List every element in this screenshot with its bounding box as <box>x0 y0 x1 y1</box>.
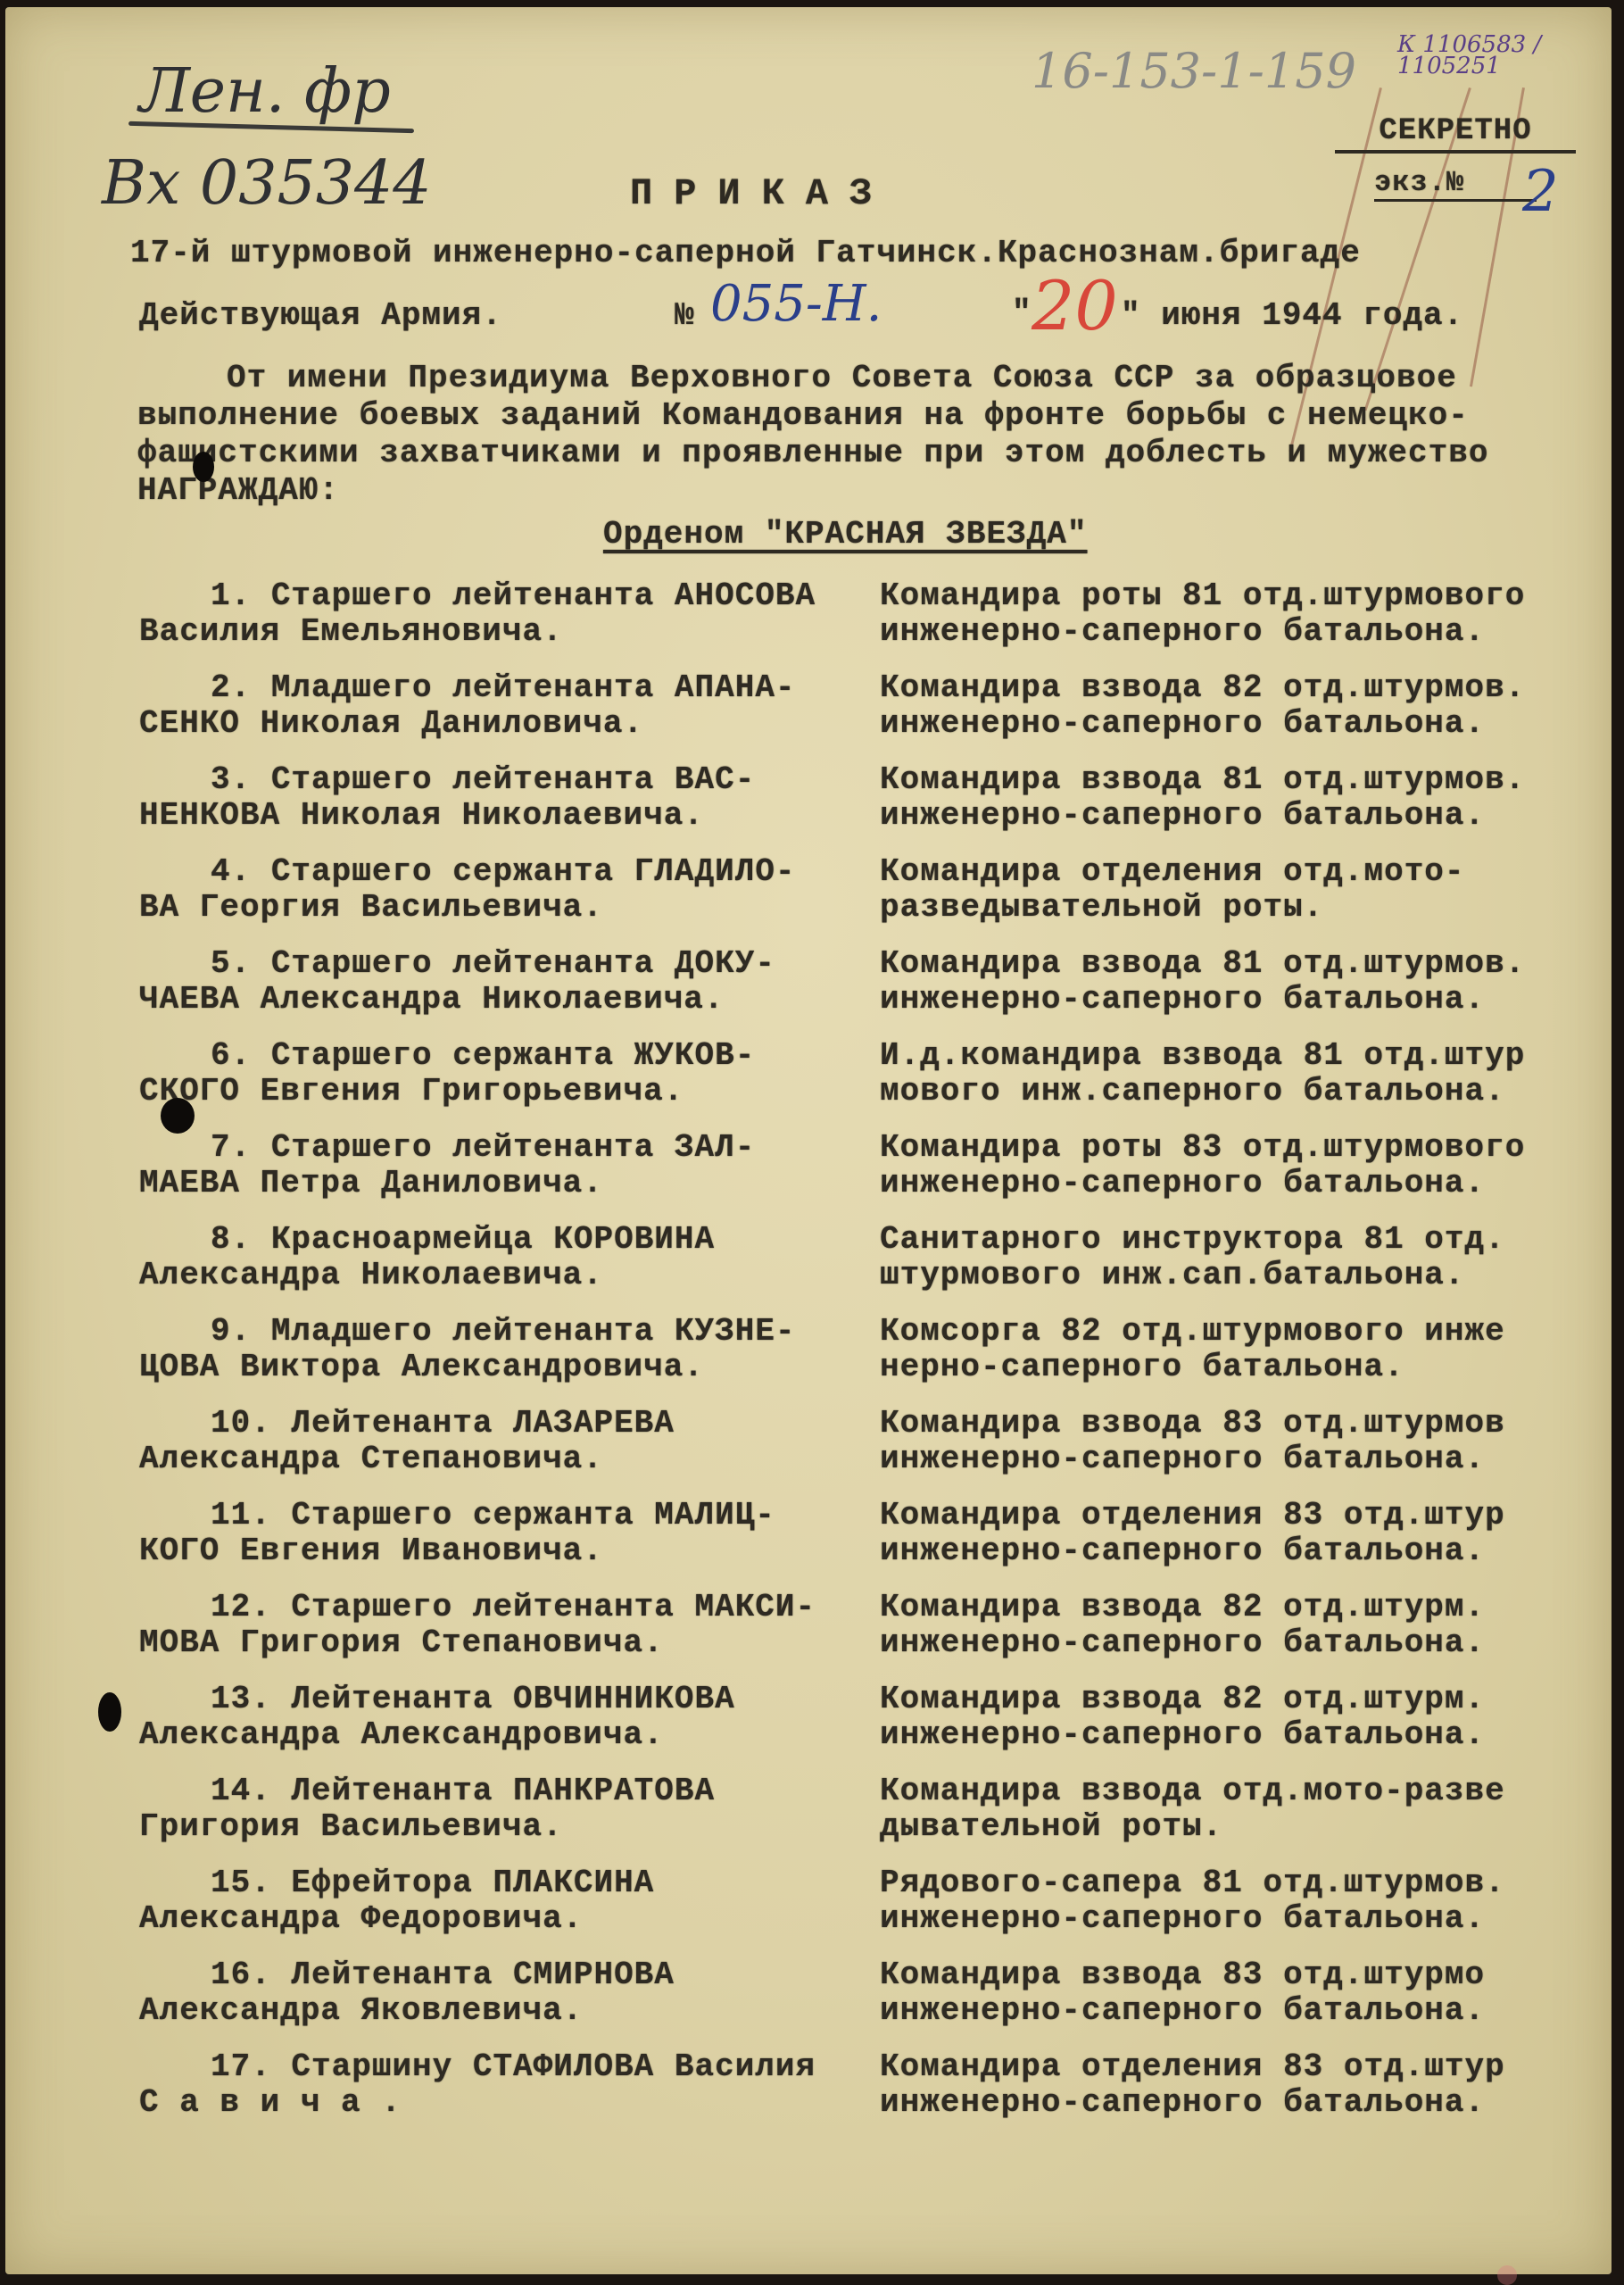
awardee-row: 4. Старшего сержанта ГЛАДИЛО-ВА Георгия … <box>139 854 1603 946</box>
awardee-row: 6. Старшего сержанта ЖУКОВ-СКОГО Евгения… <box>139 1038 1603 1130</box>
awardee-row: 5. Старшего лейтенанта ДОКУ-ЧАЕВА Алекса… <box>139 946 1603 1038</box>
awardee-row: 12. Старшего лейтенанта МАКСИ-МОВА Григо… <box>139 1590 1603 1682</box>
awardee-list: 1. Старшего лейтенанта АНОСОВАВасилия Ем… <box>139 578 1603 2141</box>
punch-hole <box>193 452 214 482</box>
archive-reference: 16-153-1-159 <box>1032 43 1356 99</box>
awardee-row: 8. Красноармейца КОРОВИНААлександра Нико… <box>139 1222 1603 1314</box>
secret-label: СЕКРЕТНО <box>1335 114 1576 154</box>
order-day: 20 <box>1032 266 1118 345</box>
preamble-text: От имени Президиума Верховного Совета Со… <box>137 360 1583 510</box>
award-heading: Орденом "КРАСНАЯ ЗВЕЗДА" <box>603 516 1087 553</box>
awardee-row: 1. Старшего лейтенанта АНОСОВАВасилия Ем… <box>139 578 1603 670</box>
awardee-row: 13. Лейтенанта ОВЧИННИКОВААлександра Але… <box>139 1682 1603 1774</box>
awardee-row: 2. Младшего лейтенанта АПАНА-СЕНКО Никол… <box>139 670 1603 762</box>
date-quote: " <box>1012 295 1032 331</box>
handwritten-front-note: Лен. фр <box>139 56 391 127</box>
stamp-mark <box>1497 2265 1517 2285</box>
punch-hole <box>161 1098 195 1134</box>
copy-number: 2 <box>1522 159 1559 225</box>
punch-hole <box>98 1692 121 1732</box>
awardee-row: 16. Лейтенанта СМИРНОВААлександра Яковле… <box>139 1957 1603 2049</box>
order-number-prefix: № <box>675 297 695 334</box>
document-page: Лен. фр Вх 035344 16-153-1-159 К 1106583… <box>5 7 1612 2274</box>
awardee-row: 7. Старшего лейтенанта ЗАЛ-МАЕВА Петра Д… <box>139 1130 1603 1222</box>
awardee-row: 11. Старшего сержанта МАЛИЦ-КОГО Евгения… <box>139 1498 1603 1590</box>
order-number: 055-Н. <box>710 275 882 333</box>
document-title: ПРИКАЗ <box>630 172 893 215</box>
k-reference: К 1106583 / 1105251 <box>1397 34 1576 77</box>
copy-label: экз.№ <box>1374 166 1537 202</box>
awardee-row: 3. Старшего лейтенанта ВАС-НЕНКОВА Никол… <box>139 762 1603 854</box>
unit-name: 17-й штурмовой инженерно-саперной Гатчин… <box>130 235 1361 271</box>
handwritten-incoming-number: Вх 035344 <box>102 148 432 219</box>
awardee-row: 14. Лейтенанта ПАНКРАТОВАГригория Василь… <box>139 1774 1603 1865</box>
awardee-row: 17. Старшину СТАФИЛОВА ВасилияС а в и ч … <box>139 2049 1603 2141</box>
awardee-row: 15. Ефрейтора ПЛАКСИНААлександра Федоров… <box>139 1865 1603 1957</box>
order-date: " июня 1944 года. <box>1121 297 1463 334</box>
army-line: Действующая Армия. <box>139 297 502 334</box>
awardee-row: 9. Младшего лейтенанта КУЗНЕ-ЦОВА Виктор… <box>139 1314 1603 1406</box>
awardee-row: 10. Лейтенанта ЛАЗАРЕВААлександра Степан… <box>139 1406 1603 1498</box>
